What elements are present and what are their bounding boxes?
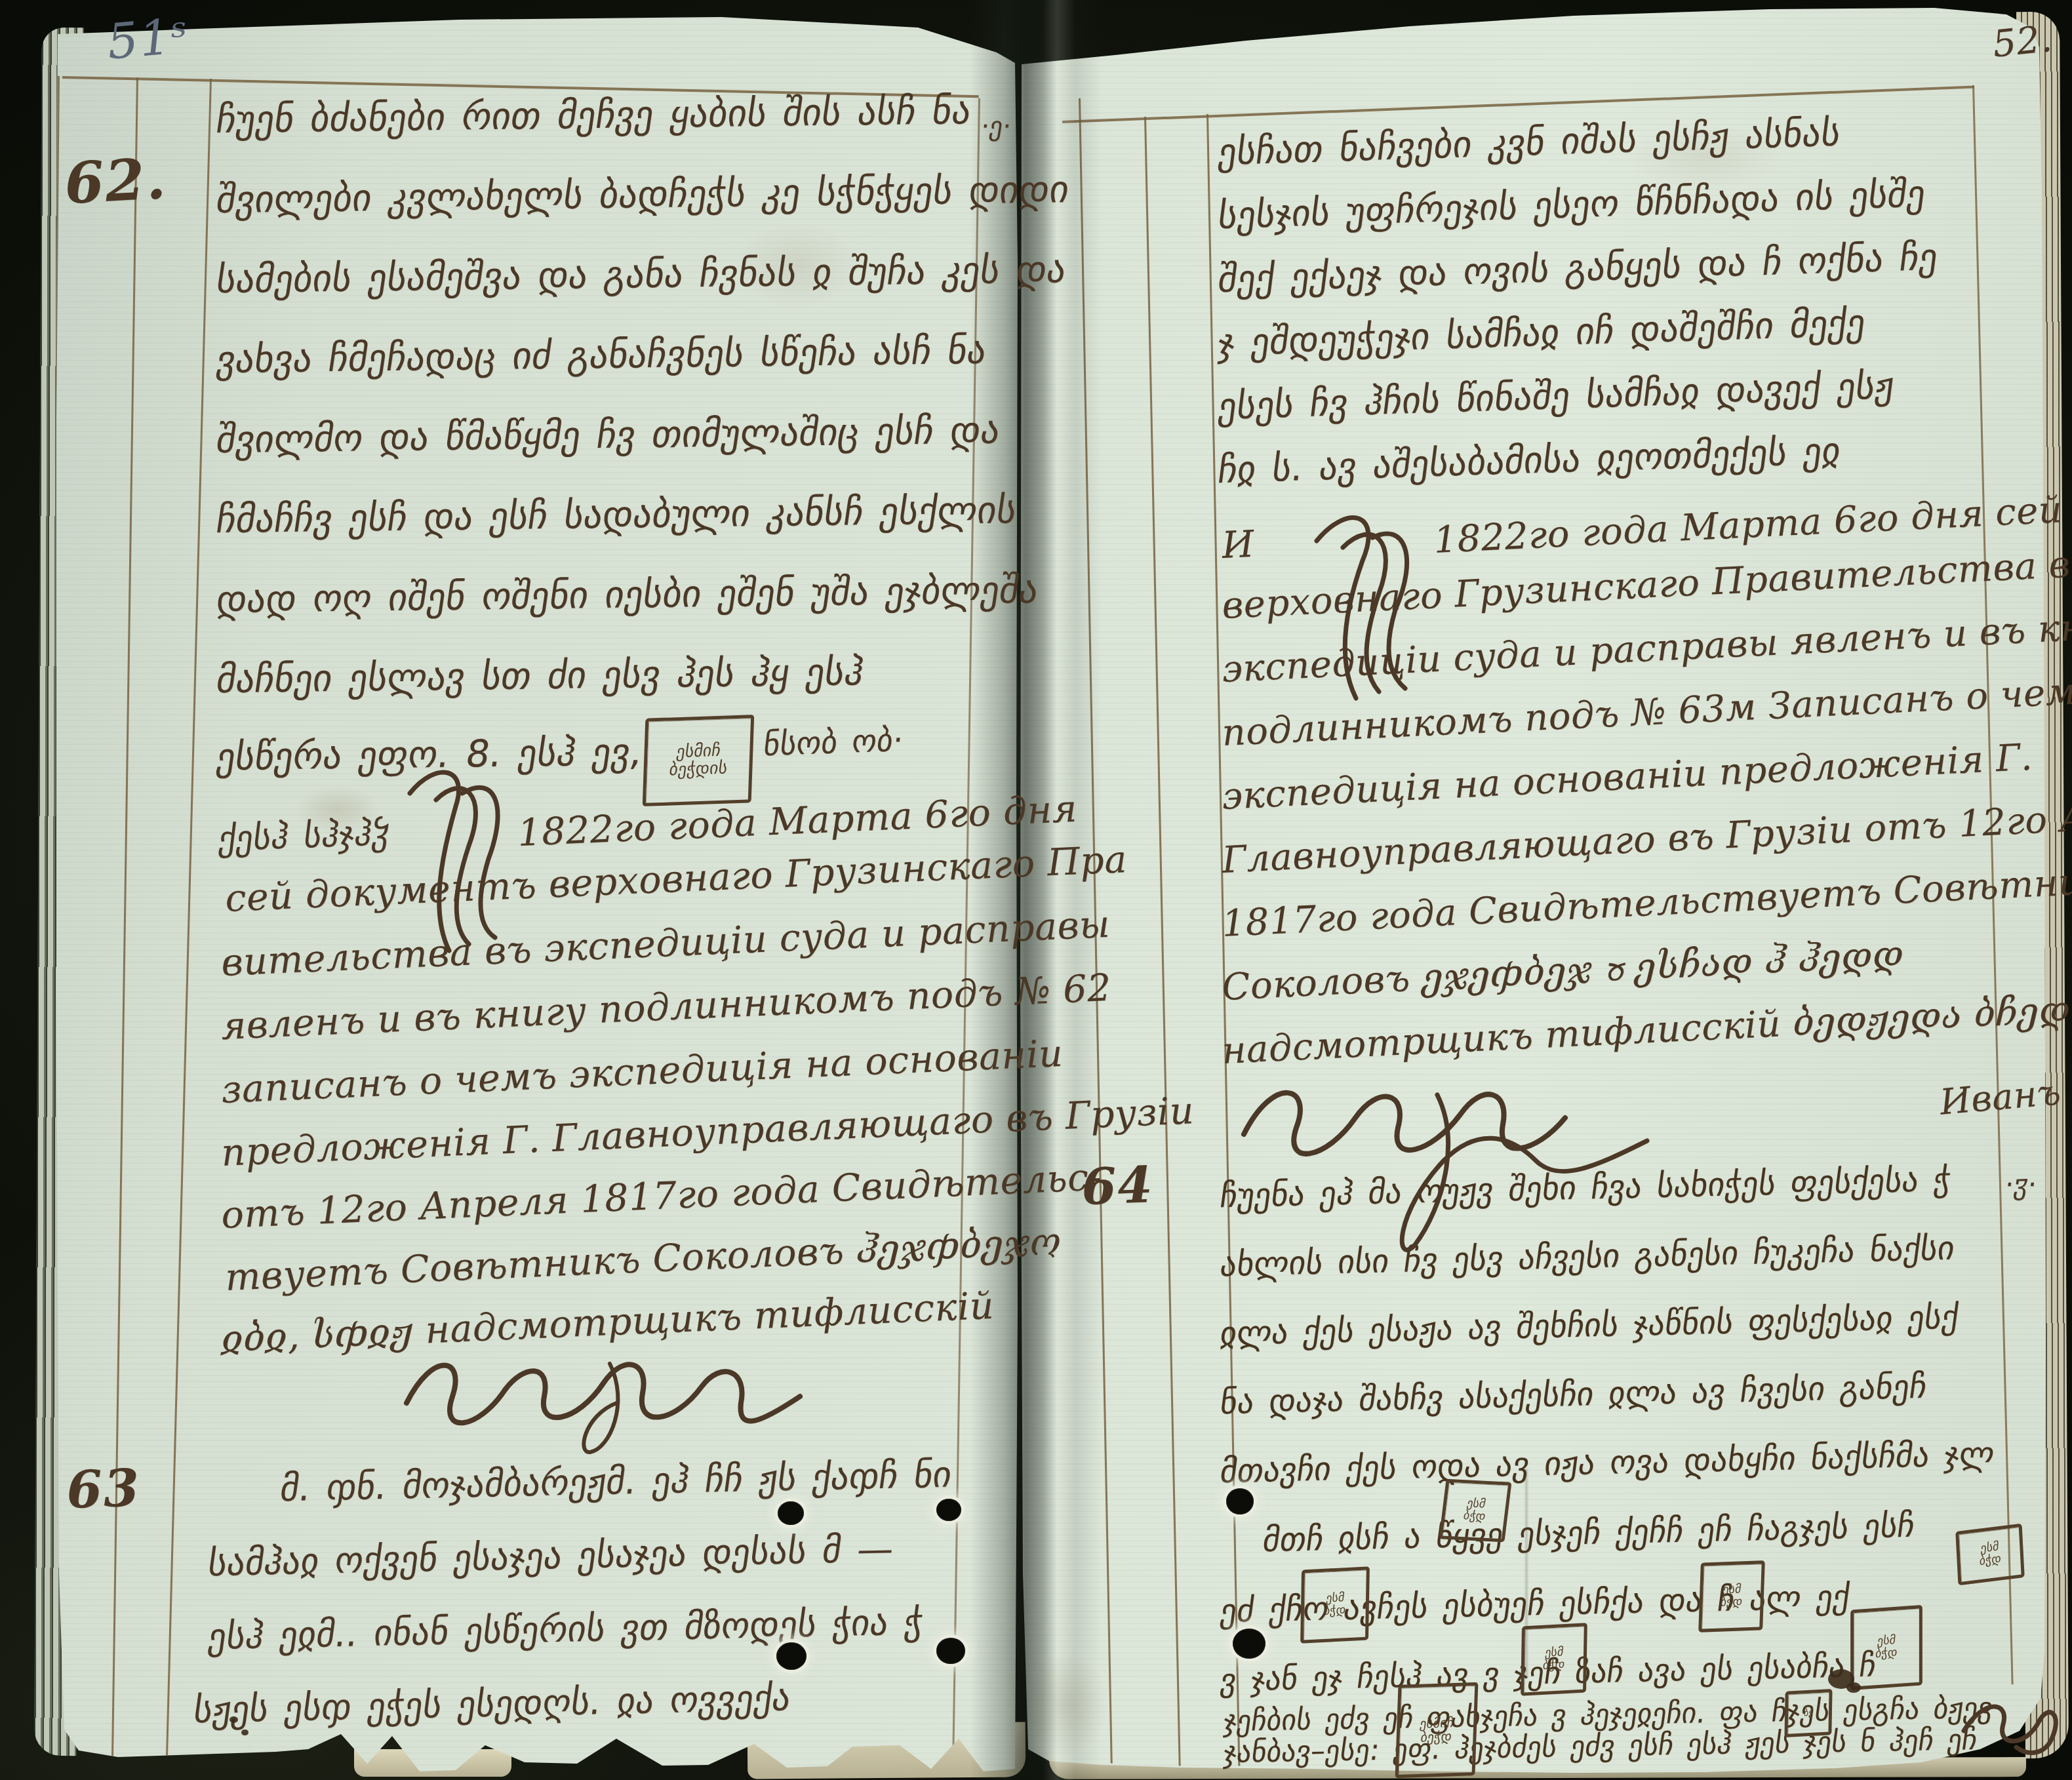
punch-hole bbox=[936, 1638, 965, 1664]
punch-hole bbox=[776, 1642, 807, 1670]
signature-flourish-right bbox=[1227, 1049, 1660, 1265]
ink-blot bbox=[241, 1730, 249, 1735]
damage-layer bbox=[0, 0, 2072, 1780]
monogram-flourish-right bbox=[1290, 495, 1431, 718]
punch-hole bbox=[1233, 1629, 1265, 1659]
ink-blot bbox=[1846, 1682, 1861, 1693]
punch-hole bbox=[778, 1501, 804, 1525]
signature-flourish-left bbox=[393, 1324, 813, 1455]
punch-hole bbox=[936, 1499, 961, 1521]
monogram-flourish-left bbox=[390, 754, 521, 970]
punch-hole bbox=[1226, 1488, 1254, 1514]
ink-blot bbox=[229, 1716, 238, 1723]
end-flourish bbox=[1954, 1685, 2065, 1764]
manuscript-scan: 51ˢ62.ჩუენ ბძანები რით მეჩვე ყაბის შის ა… bbox=[0, 0, 2072, 1780]
